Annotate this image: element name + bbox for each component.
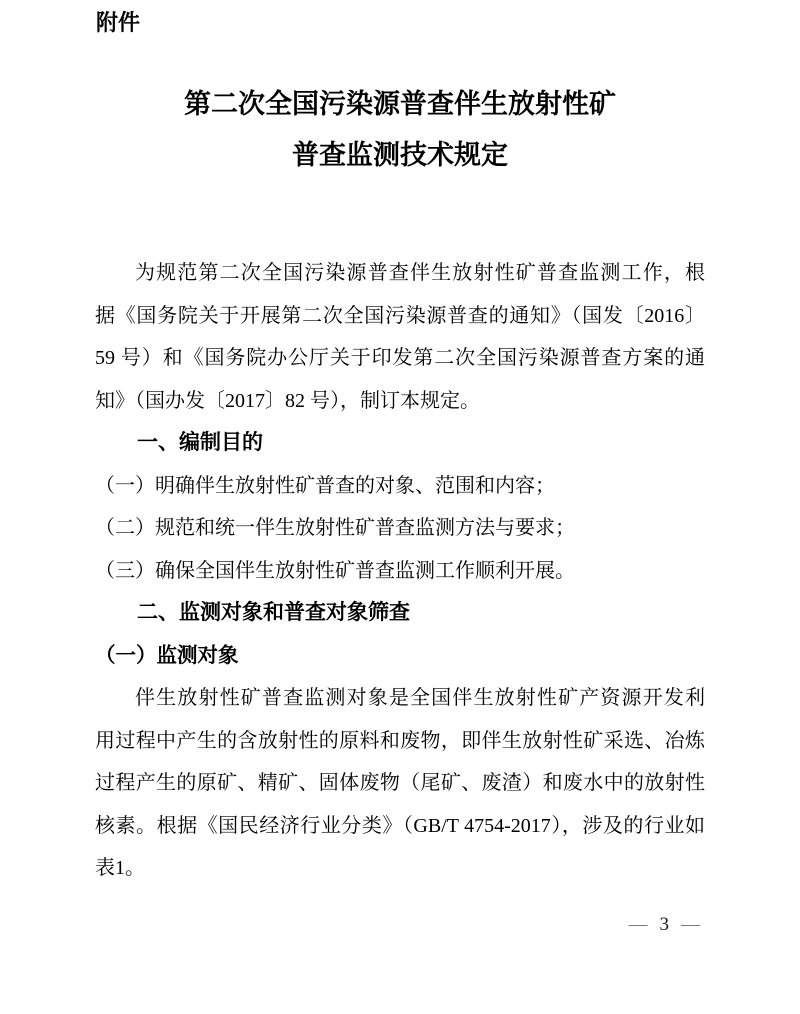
footer-dash-left: — [629, 913, 648, 937]
attachment-label: 附件 [96, 6, 140, 37]
purpose-item-2: （二）规范和统一伴生放射性矿普查监测方法与要求； [95, 507, 705, 550]
purpose-item-1: （一）明确伴生放射性矿普查的对象、范围和内容； [95, 465, 705, 508]
section-1-heading: 一、编制目的 [95, 422, 705, 465]
monitoring-para-line-2: 用过程中产生的含放射性的原料和废物，即伴生放射性矿采选、冶炼 [95, 720, 705, 763]
monitoring-para-line-3: 过程产生的原矿、精矿、固体废物（尾矿、废渣）和废水中的放射性 [95, 762, 705, 805]
intro-para-line-4: 知》（国办发〔2017〕82 号），制订本规定。 [95, 380, 705, 423]
footer-page-number: 3 [660, 913, 670, 937]
monitoring-para-line-1: 伴生放射性矿普查监测对象是全国伴生放射性矿产资源开发利 [95, 677, 705, 720]
doc-title-line-2: 普查监测技术规定 [95, 130, 705, 181]
subsection-2-1-heading: （一）监测对象 [95, 635, 705, 678]
section-2-heading: 二、监测对象和普查对象筛查 [95, 592, 705, 635]
footer-dash-right: — [681, 913, 700, 937]
doc-body: 为规范第二次全国污染源普查伴生放射性矿普查监测工作，根 据《国务院关于开展第二次… [95, 252, 705, 890]
purpose-item-3: （三）确保全国伴生放射性矿普查监测工作顺利开展。 [95, 550, 705, 593]
doc-title-line-1: 第二次全国污染源普查伴生放射性矿 [95, 79, 705, 130]
monitoring-para-line-5: 表1。 [95, 847, 705, 890]
intro-para-line-2: 据《国务院关于开展第二次全国污染源普查的通知》（国发〔2016〕 [95, 295, 705, 338]
intro-para-line-3: 59 号）和《国务院办公厅关于印发第二次全国污染源普查方案的通 [95, 337, 705, 380]
doc-title: 第二次全国污染源普查伴生放射性矿 普查监测技术规定 [95, 79, 705, 181]
monitoring-para-line-4: 核素。根据《国民经济行业分类》（GB/T 4754-2017），涉及的行业如 [95, 805, 705, 848]
document-page: 附件 第二次全国污染源普查伴生放射性矿 普查监测技术规定 为规范第二次全国污染源… [0, 0, 800, 1014]
intro-para-line-1: 为规范第二次全国污染源普查伴生放射性矿普查监测工作，根 [95, 252, 705, 295]
page-footer: — 3 — [629, 913, 701, 937]
